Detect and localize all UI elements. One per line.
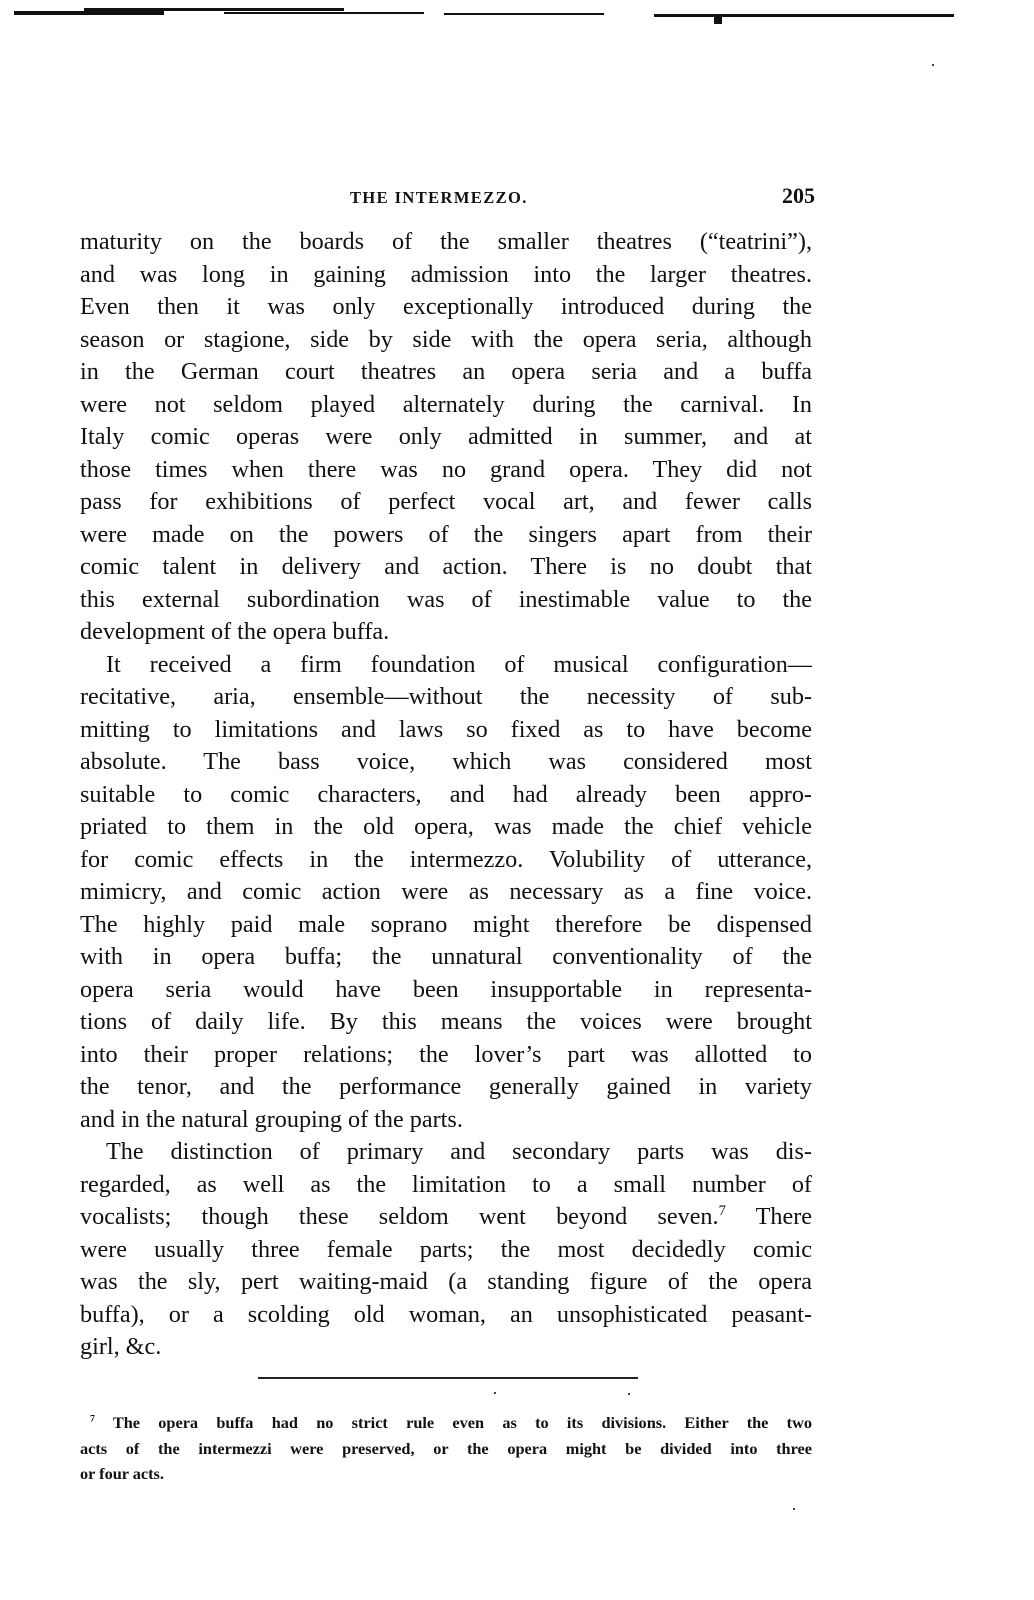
- text-line: with in opera buffa; the unnatural conve…: [80, 941, 812, 974]
- scan-speck: [628, 1393, 630, 1395]
- text-line: were usually three female parts; the mos…: [80, 1234, 812, 1267]
- text-line: mitting to limitations and laws so fixed…: [80, 714, 812, 747]
- text-line: absolute. The bass voice, which was cons…: [80, 746, 812, 779]
- text-line: girl, &c.: [80, 1331, 812, 1364]
- page-number: 205: [782, 183, 815, 209]
- text-line: comic talent in delivery and action. The…: [80, 551, 812, 584]
- text-line: were not seldom played alternately durin…: [80, 389, 812, 422]
- footnote-reference[interactable]: 7: [719, 1203, 726, 1219]
- paragraph-1: maturity on the boards of the smaller th…: [80, 226, 812, 649]
- text-line: recitative, aria, ensemble—without the n…: [80, 681, 812, 714]
- text-line: mimicry, and comic action were as necess…: [80, 876, 812, 909]
- running-title: THE INTERMEZZO.: [350, 188, 528, 208]
- text-line: opera seria would have been insupportabl…: [80, 974, 812, 1007]
- footnote-line: 7 The opera buffa had no strict rule eve…: [80, 1410, 812, 1436]
- body-text: maturity on the boards of the smaller th…: [80, 226, 812, 1364]
- footnote-line: or four acts.: [80, 1461, 812, 1487]
- scan-speck: [932, 64, 934, 66]
- text-line: The distinction of primary and secondary…: [80, 1136, 812, 1169]
- text-line: were made on the powers of the singers a…: [80, 519, 812, 552]
- text-line: vocalists; though these seldom went beyo…: [80, 1201, 812, 1234]
- running-head: THE INTERMEZZO. 205: [310, 183, 815, 213]
- scan-edge-artifact: [14, 10, 944, 16]
- text-line: maturity on the boards of the smaller th…: [80, 226, 812, 259]
- text-line: was the sly, pert waiting-maid (a standi…: [80, 1266, 812, 1299]
- paragraph-3: The distinction of primary and secondary…: [80, 1136, 812, 1364]
- scan-speck: [793, 1508, 795, 1510]
- text-line: The highly paid male soprano might there…: [80, 909, 812, 942]
- text-fragment: The opera buffa had no strict rule even …: [113, 1413, 812, 1432]
- footnote: 7 The opera buffa had no strict rule eve…: [80, 1410, 812, 1487]
- text-line: those times when there was no grand oper…: [80, 454, 812, 487]
- text-line: Italy comic operas were only admitted in…: [80, 421, 812, 454]
- text-line: the tenor, and the performance generally…: [80, 1071, 812, 1104]
- text-line: suitable to comic characters, and had al…: [80, 779, 812, 812]
- text-line: pass for exhibitions of perfect vocal ar…: [80, 486, 812, 519]
- text-line: season or stagione, side by side with th…: [80, 324, 812, 357]
- footnote-marker: 7: [90, 1414, 95, 1425]
- text-line: priated to them in the old opera, was ma…: [80, 811, 812, 844]
- text-line: buffa), or a scolding old woman, an unso…: [80, 1299, 812, 1332]
- text-line: regarded, as well as the limitation to a…: [80, 1169, 812, 1202]
- scan-speck: [494, 1392, 496, 1394]
- text-line: and was long in gaining admission into t…: [80, 259, 812, 292]
- text-fragment: There: [726, 1203, 812, 1230]
- text-line: into their proper relations; the lover’s…: [80, 1039, 812, 1072]
- text-line: Even then it was only exceptionally intr…: [80, 291, 812, 324]
- text-line: development of the opera buffa.: [80, 616, 812, 649]
- text-line: for comic effects in the intermezzo. Vol…: [80, 844, 812, 877]
- text-line: in the German court theatres an opera se…: [80, 356, 812, 389]
- text-line: tions of daily life. By this means the v…: [80, 1006, 812, 1039]
- text-fragment: vocalists; though these seldom went beyo…: [80, 1203, 719, 1230]
- footnote-line: acts of the intermezzi were preserved, o…: [80, 1436, 812, 1462]
- text-line: this external subordination was of inest…: [80, 584, 812, 617]
- footnote-divider: [258, 1377, 638, 1379]
- text-line: It received a firm foundation of musical…: [80, 649, 812, 682]
- paragraph-2: It received a firm foundation of musical…: [80, 649, 812, 1137]
- text-line: and in the natural grouping of the parts…: [80, 1104, 812, 1137]
